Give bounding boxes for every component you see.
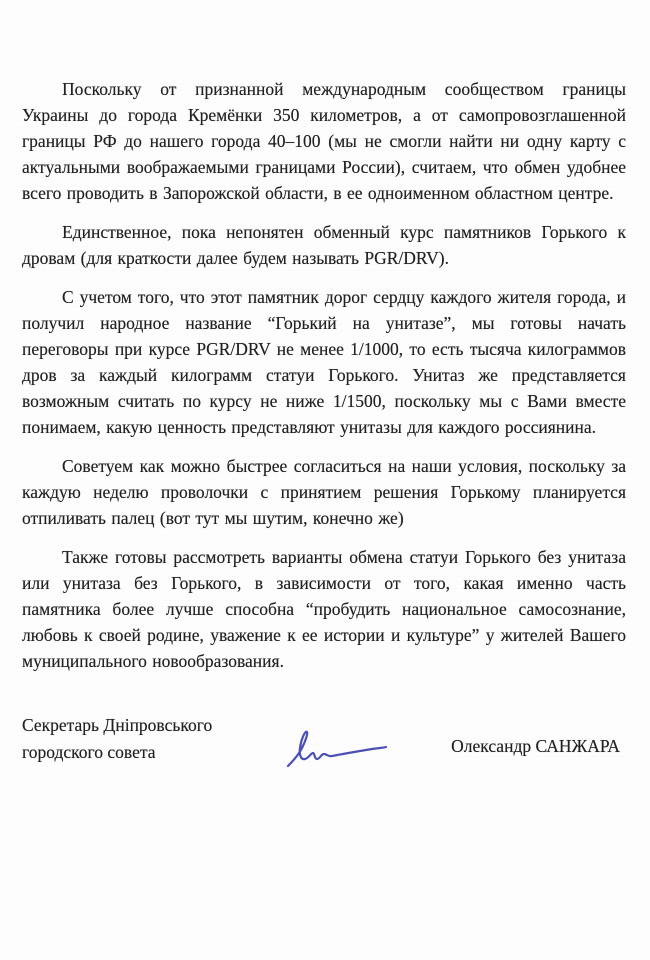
letter-paragraph-4: Советуем как можно быстрее согласиться н… (22, 453, 626, 531)
signer-title-line-2: городского совета (22, 739, 212, 766)
signer-title: Секретарь Дніпровського городского совет… (22, 712, 212, 766)
letter-paragraph-5: Также готовы рассмотреть варианты обмена… (22, 544, 626, 674)
letter-paragraph-1: Поскольку от признанной международным со… (22, 76, 626, 206)
signer-name: Олександр САНЖАРА (451, 733, 620, 760)
signature-block: Секретарь Дніпровського городского совет… (0, 712, 650, 892)
letter-paragraph-2: Единственное, пока непонятен обменный ку… (22, 219, 626, 271)
letter-body: Поскольку от признанной международным со… (0, 0, 650, 674)
signer-title-line-1: Секретарь Дніпровського (22, 712, 212, 739)
handwritten-signature-icon (282, 720, 392, 770)
letter-paragraph-3: С учетом того, что этот памятник дорог с… (22, 284, 626, 440)
scanned-letter-page: Поскольку от признанной международным со… (0, 0, 650, 960)
signature-stroke (288, 732, 386, 766)
